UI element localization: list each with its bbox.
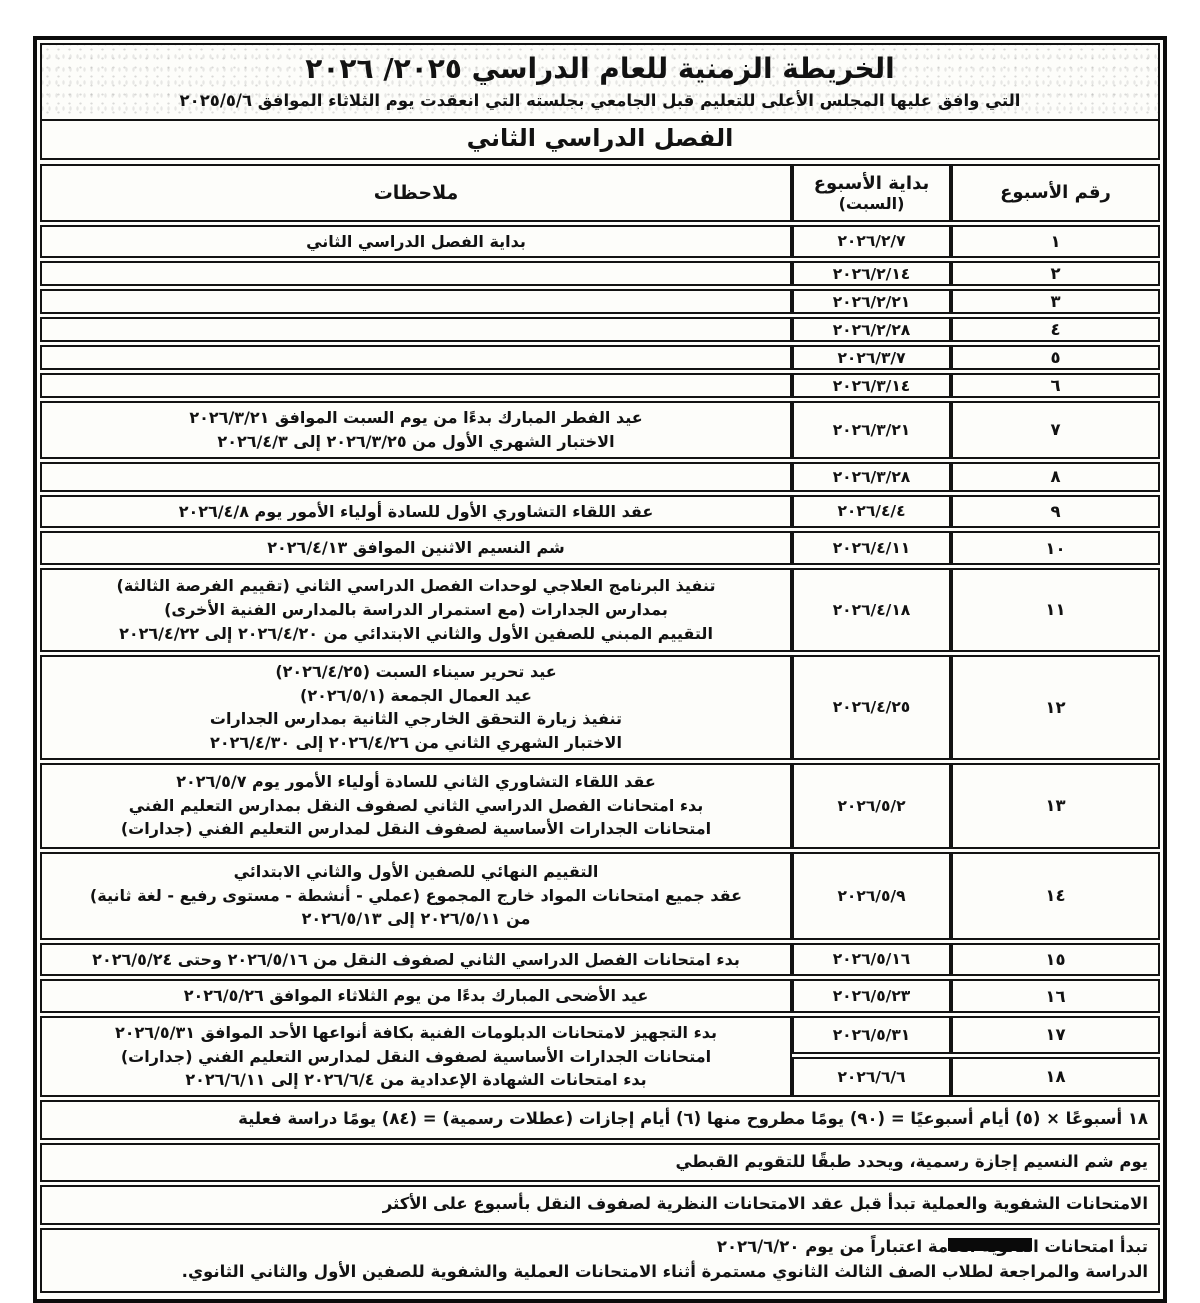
week-number-cell: ٤ — [951, 317, 1160, 342]
note-line: بدء امتحانات الفصل الدراسي الثاني لصفوف … — [50, 794, 782, 818]
notes-cell: تنفيذ البرنامج العلاجي لوحدات الفصل الدر… — [40, 568, 792, 652]
note-line: امتحانات الجدارات الأساسية لصفوف النقل ل… — [50, 1045, 782, 1069]
header-notes: ملاحظات — [40, 164, 792, 222]
table-row: ١ ٢٠٢٦/٢/٧ بداية الفصل الدراسي الثاني — [40, 225, 1160, 259]
notes-cell: التقييم النهائي للصفين الأول والثاني الا… — [40, 852, 792, 940]
header-week-start-sub: (السبت) — [794, 194, 949, 213]
week-number-cell: ٣ — [951, 289, 1160, 314]
footnote-sham-elnessim: يوم شم النسيم إجازة رسمية، ويحدد طبقًا ل… — [40, 1143, 1160, 1183]
footnote-row: ١٨ أسبوعًا × (٥) أيام أسبوعيًا = (٩٠) يو… — [40, 1100, 1160, 1140]
week-start-date-cell: ٢٠٢٦/٣/٢١ — [792, 401, 951, 458]
week-number-cell: ١٣ — [951, 763, 1160, 849]
note-line: بدء امتحانات الشهادة الإعدادية من ٢٠٢٦/٦… — [50, 1068, 782, 1092]
notes-cell: بداية الفصل الدراسي الثاني — [40, 225, 792, 259]
week-number-cell: ١٨ — [951, 1057, 1160, 1097]
week-start-date-cell: ٢٠٢٦/٢/٢٨ — [792, 317, 951, 342]
table-row: ١٢ ٢٠٢٦/٤/٢٥ عيد تحرير سيناء السبت (٢٠٢٦… — [40, 655, 1160, 760]
week-number-cell: ١٦ — [951, 979, 1160, 1013]
week-number-cell: ١٠ — [951, 531, 1160, 565]
week-number-cell: ١٧ — [951, 1016, 1160, 1054]
week-start-date-cell: ٢٠٢٦/٤/٤ — [792, 495, 951, 529]
week-number-cell: ٦ — [951, 373, 1160, 398]
bottom-redaction-mark — [948, 1238, 1032, 1251]
page-title: الخريطة الزمنية للعام الدراسي ٢٠٢٥/ ٢٠٢٦ — [52, 52, 1148, 86]
week-number-cell: ٥ — [951, 345, 1160, 370]
week-start-date-cell: ٢٠٢٦/٢/٢١ — [792, 289, 951, 314]
table-row: ٤ ٢٠٢٦/٢/٢٨ — [40, 317, 1160, 342]
footnote-days-calculation: ١٨ أسبوعًا × (٥) أيام أسبوعيًا = (٩٠) يو… — [40, 1100, 1160, 1140]
table-row: ٨ ٢٠٢٦/٣/٢٨ — [40, 462, 1160, 492]
table-row: ١١ ٢٠٢٦/٤/١٨ تنفيذ البرنامج العلاجي لوحد… — [40, 568, 1160, 652]
notes-cell-merged: بدء التجهيز لامتحانات الدبلومات الفنية ب… — [40, 1016, 792, 1097]
note-line: تنفيذ البرنامج العلاجي لوحدات الفصل الدر… — [50, 574, 782, 598]
footnote-oral-practical-exams: الامتحانات الشفوية والعملية تبدأ قبل عقد… — [40, 1185, 1160, 1225]
week-number-cell: ٩ — [951, 495, 1160, 529]
table-row: ٩ ٢٠٢٦/٤/٤ عقد اللقاء التشاوري الأول للس… — [40, 495, 1160, 529]
notes-cell — [40, 462, 792, 492]
footnote-line: الدراسة والمراجعة لطلاب الصف الثالث الثا… — [52, 1259, 1148, 1285]
document-frame: الخريطة الزمنية للعام الدراسي ٢٠٢٥/ ٢٠٢٦… — [33, 36, 1167, 1303]
notes-cell: بدء امتحانات الفصل الدراسي الثاني لصفوف … — [40, 943, 792, 977]
table-row: ٦ ٢٠٢٦/٣/١٤ — [40, 373, 1160, 398]
week-start-date-cell: ٢٠٢٦/٤/١١ — [792, 531, 951, 565]
week-start-date-cell: ٢٠٢٦/٤/٢٥ — [792, 655, 951, 760]
note-line: بمدارس الجدارات (مع استمرار الدراسة بالم… — [50, 598, 782, 622]
note-line: عيد تحرير سيناء السبت (٢٠٢٦/٤/٢٥) — [50, 660, 782, 684]
table-row: ٥ ٢٠٢٦/٣/٧ — [40, 345, 1160, 370]
note-line: تنفيذ زيارة التحقق الخارجي الثانية بمدار… — [50, 707, 782, 731]
notes-cell: عقد اللقاء التشاوري الثاني للسادة أولياء… — [40, 763, 792, 849]
week-number-cell: ١٢ — [951, 655, 1160, 760]
note-line: عقد جميع امتحانات المواد خارج المجموع (ع… — [50, 884, 782, 908]
notes-cell: عيد الأضحى المبارك بدءًا من يوم الثلاثاء… — [40, 979, 792, 1013]
week-start-date-cell: ٢٠٢٦/٥/٢ — [792, 763, 951, 849]
table-row: ٣ ٢٠٢٦/٢/٢١ — [40, 289, 1160, 314]
table-header-row: رقم الأسبوع بداية الأسبوع (السبت) ملاحظا… — [40, 164, 1160, 222]
table-row: ١٥ ٢٠٢٦/٥/١٦ بدء امتحانات الفصل الدراسي … — [40, 943, 1160, 977]
notes-cell: عقد اللقاء التشاوري الأول للسادة أولياء … — [40, 495, 792, 529]
week-number-cell: ١ — [951, 225, 1160, 259]
week-number-cell: ١١ — [951, 568, 1160, 652]
week-start-date-cell: ٢٠٢٦/٥/١٦ — [792, 943, 951, 977]
week-number-cell: ٨ — [951, 462, 1160, 492]
scanned-academic-calendar-page: { "page": { "title": "الخريطة الزمنية لل… — [0, 0, 1200, 1254]
notes-cell: عيد تحرير سيناء السبت (٢٠٢٦/٤/٢٥) عيد ال… — [40, 655, 792, 760]
notes-cell — [40, 345, 792, 370]
note-line: التقييم المبني للصفين الأول والثاني الاب… — [50, 622, 782, 646]
week-number-cell: ١٥ — [951, 943, 1160, 977]
semester-schedule-table: رقم الأسبوع بداية الأسبوع (السبت) ملاحظا… — [40, 161, 1160, 1296]
week-start-date-cell: ٢٠٢٦/٣/١٤ — [792, 373, 951, 398]
table-row: ٧ ٢٠٢٦/٣/٢١ عيد الفطر المبارك بدءًا من ي… — [40, 401, 1160, 458]
note-line: عقد اللقاء التشاوري الثاني للسادة أولياء… — [50, 770, 782, 794]
week-start-date-cell: ٢٠٢٦/٥/٩ — [792, 852, 951, 940]
notes-cell — [40, 261, 792, 286]
note-line: امتحانات الجدارات الأساسية لصفوف النقل ل… — [50, 817, 782, 841]
week-start-date-cell: ٢٠٢٦/٣/٧ — [792, 345, 951, 370]
page-subtitle: التي وافق عليها المجلس الأعلى للتعليم قب… — [52, 91, 1148, 110]
note-line: من ٢٠٢٦/٥/١١ إلى ٢٠٢٦/٥/١٣ — [50, 907, 782, 931]
header-week-number: رقم الأسبوع — [951, 164, 1160, 222]
week-number-cell: ٢ — [951, 261, 1160, 286]
table-row: ١٣ ٢٠٢٦/٥/٢ عقد اللقاء التشاوري الثاني ل… — [40, 763, 1160, 849]
footnote-row: الامتحانات الشفوية والعملية تبدأ قبل عقد… — [40, 1185, 1160, 1225]
note-line: عيد العمال الجمعة (٢٠٢٦/٥/١) — [50, 684, 782, 708]
table-row: ١٠ ٢٠٢٦/٤/١١ شم النسيم الاثنين الموافق ٢… — [40, 531, 1160, 565]
semester-section-title: الفصل الدراسي الثاني — [40, 121, 1160, 160]
notes-cell — [40, 373, 792, 398]
header-week-start-label: بداية الأسبوع — [794, 173, 949, 194]
week-start-date-cell: ٢٠٢٦/٤/١٨ — [792, 568, 951, 652]
title-block: الخريطة الزمنية للعام الدراسي ٢٠٢٥/ ٢٠٢٦… — [40, 43, 1160, 121]
notes-cell: عيد الفطر المبارك بدءًا من يوم السبت الم… — [40, 401, 792, 458]
week-number-cell: ٧ — [951, 401, 1160, 458]
note-line: عيد الفطر المبارك بدءًا من يوم السبت الم… — [50, 406, 782, 430]
week-start-date-cell: ٢٠٢٦/٢/٧ — [792, 225, 951, 259]
week-number-cell: ١٤ — [951, 852, 1160, 940]
header-week-start: بداية الأسبوع (السبت) — [792, 164, 951, 222]
week-start-date-cell: ٢٠٢٦/٥/٣١ — [792, 1016, 951, 1054]
week-start-date-cell: ٢٠٢٦/٢/١٤ — [792, 261, 951, 286]
notes-cell — [40, 289, 792, 314]
table-row: ١٦ ٢٠٢٦/٥/٢٣ عيد الأضحى المبارك بدءًا من… — [40, 979, 1160, 1013]
week-start-date-cell: ٢٠٢٦/٣/٢٨ — [792, 462, 951, 492]
notes-cell: شم النسيم الاثنين الموافق ٢٠٢٦/٤/١٣ — [40, 531, 792, 565]
table-row: ٢ ٢٠٢٦/٢/١٤ — [40, 261, 1160, 286]
note-line: الاختبار الشهري الأول من ٢٠٢٦/٣/٢٥ إلى ٢… — [50, 430, 782, 454]
notes-cell — [40, 317, 792, 342]
week-start-date-cell: ٢٠٢٦/٥/٢٣ — [792, 979, 951, 1013]
table-row: ١٤ ٢٠٢٦/٥/٩ التقييم النهائي للصفين الأول… — [40, 852, 1160, 940]
note-line: التقييم النهائي للصفين الأول والثاني الا… — [50, 860, 782, 884]
table-row: ١٧ ٢٠٢٦/٥/٣١ بدء التجهيز لامتحانات الدبل… — [40, 1016, 1160, 1054]
note-line: بدء التجهيز لامتحانات الدبلومات الفنية ب… — [50, 1021, 782, 1045]
footnote-row: يوم شم النسيم إجازة رسمية، ويحدد طبقًا ل… — [40, 1143, 1160, 1183]
note-line: الاختبار الشهري الثاني من ٢٠٢٦/٤/٢٦ إلى … — [50, 731, 782, 755]
week-start-date-cell: ٢٠٢٦/٦/٦ — [792, 1057, 951, 1097]
